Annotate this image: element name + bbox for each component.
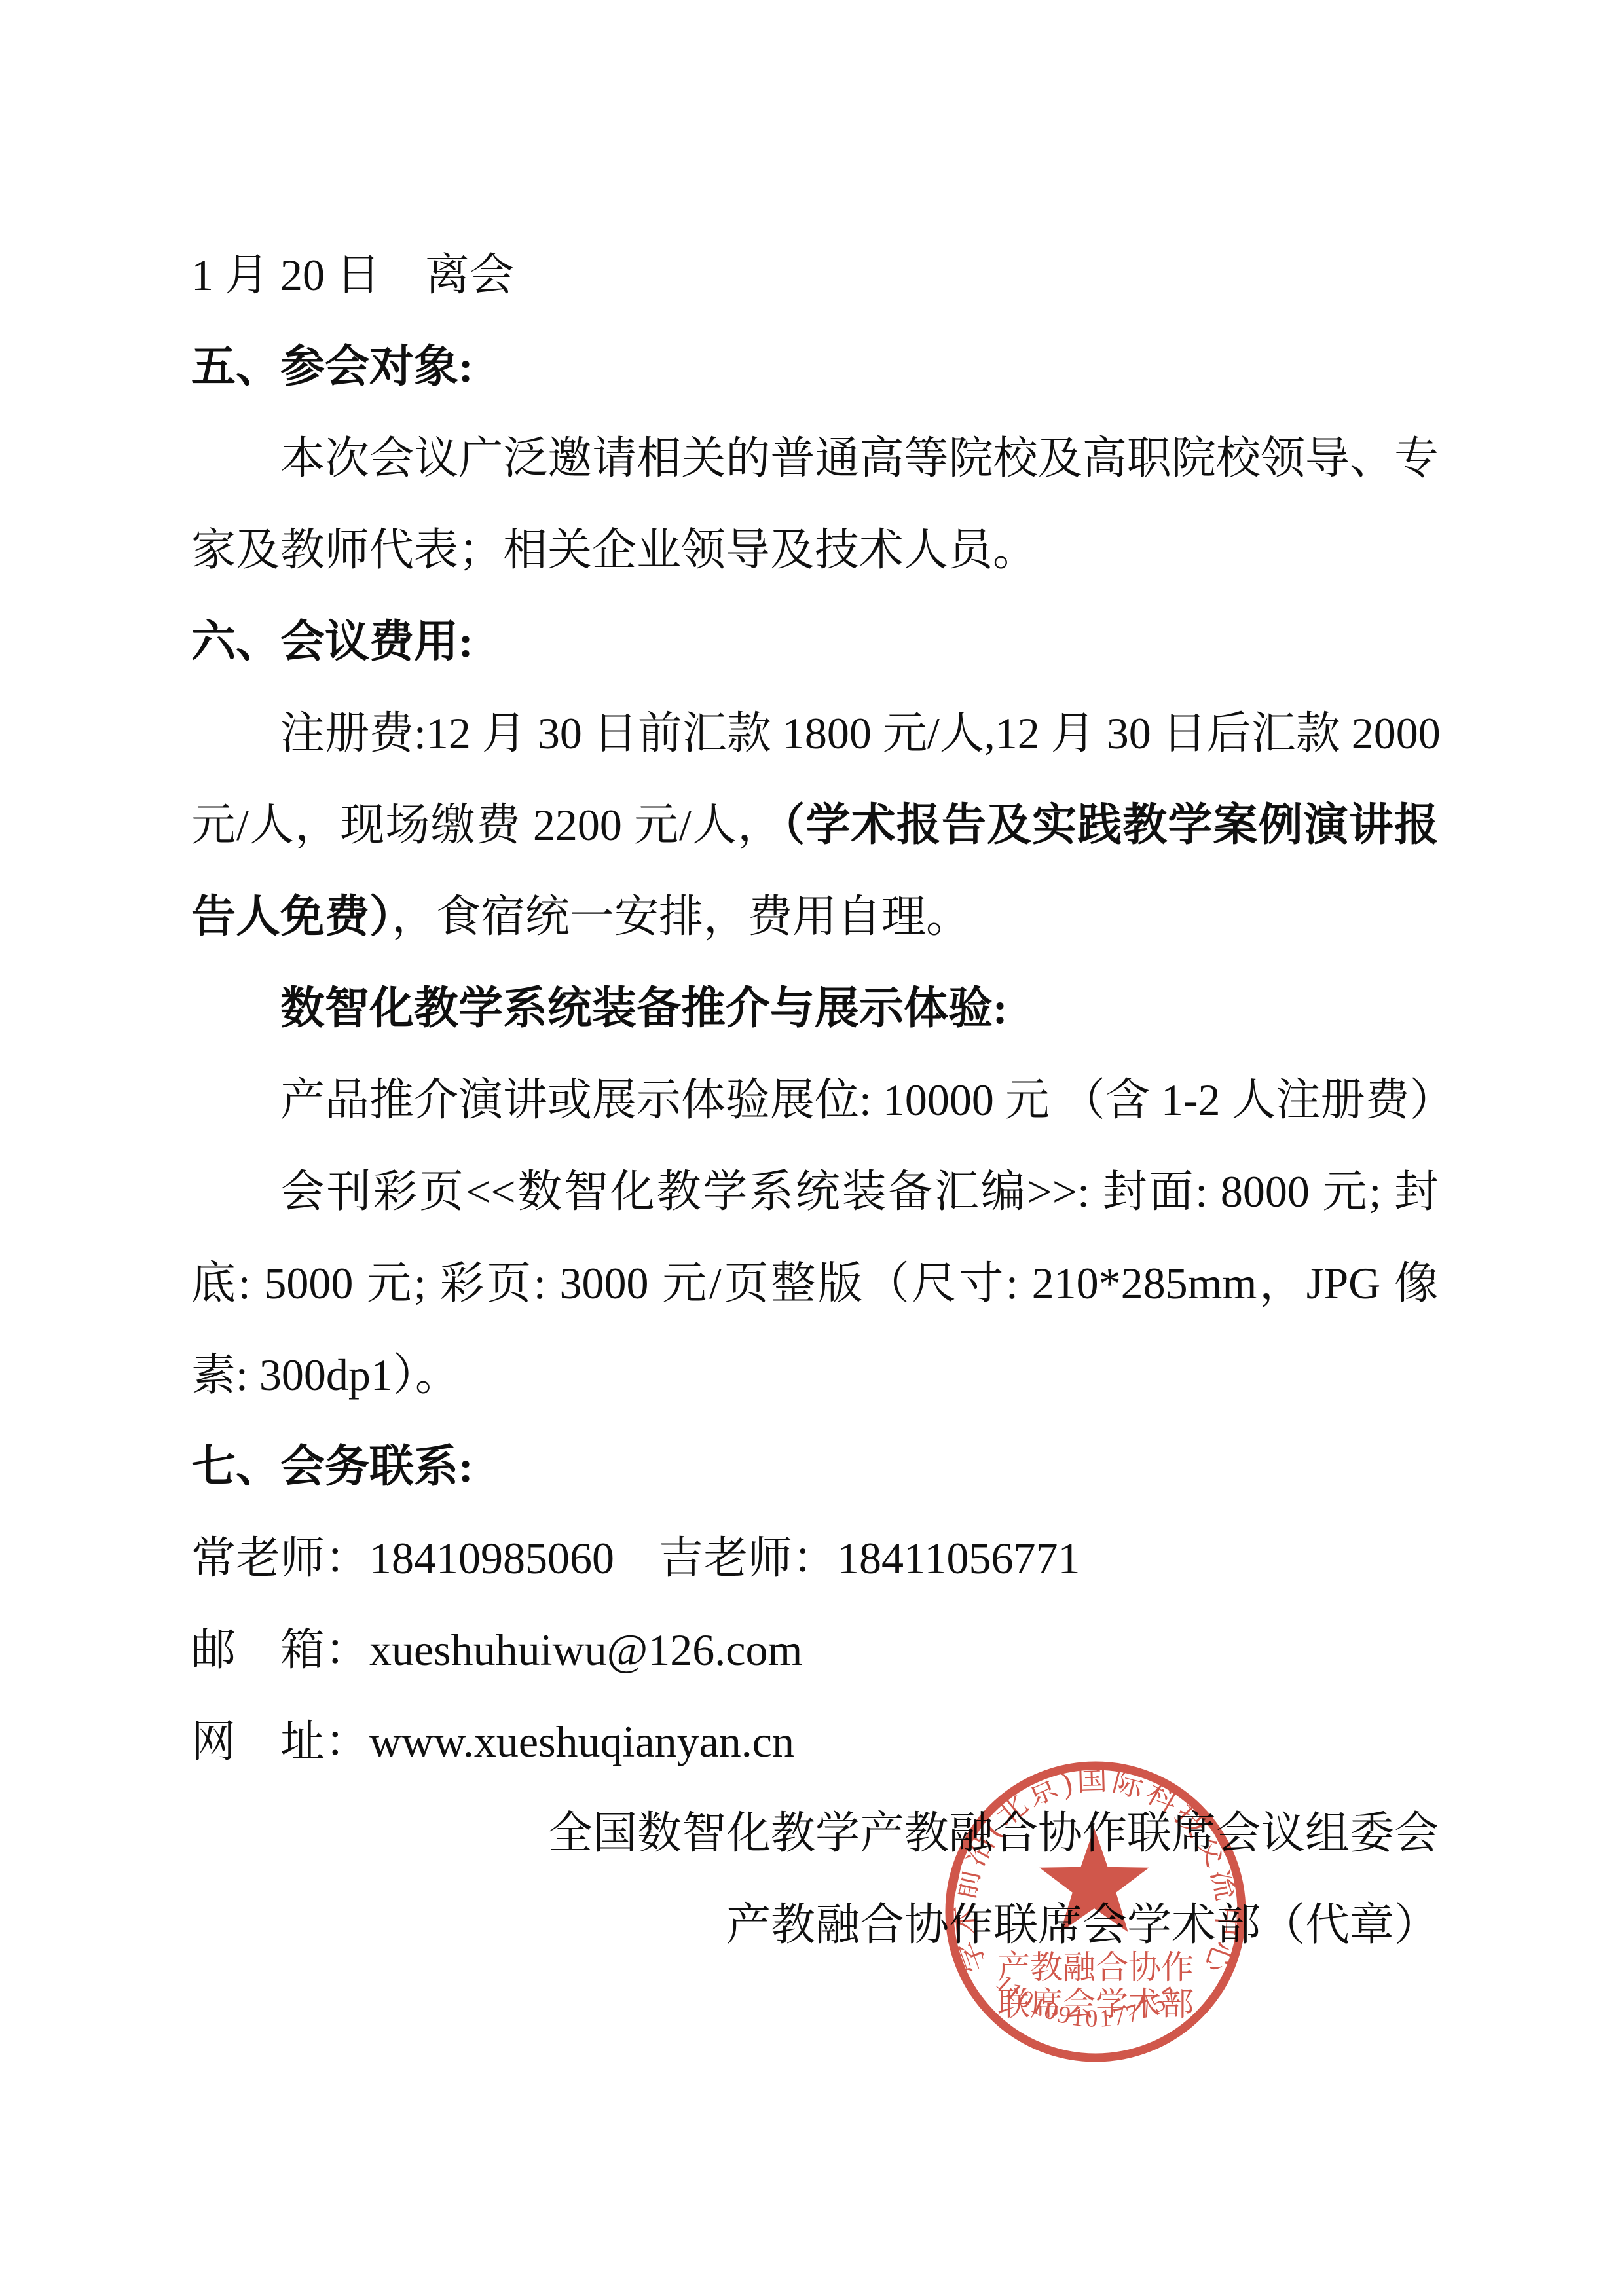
para-attendees-line-2-text-0: 家及教师代表；相关企业领导及技术人员。 [191, 525, 1037, 575]
para-fee-line-2: 元/人，现场缴费 2200 元/人，（学术报告及实践教学案例演讲报 [191, 779, 1439, 871]
para-journal-line-1: 会刊彩页<<数智化教学系统装备汇编>>: 封面: 8000 元; 封 [191, 1146, 1439, 1237]
para-journal-line-3-text-0: 素: 300dp1）。 [191, 1350, 460, 1400]
para-fee-line-3: 告人免费），食宿统一安排，费用自理。 [191, 871, 1439, 962]
para-fee-line-1: 注册费:12 月 30 日前汇款 1800 元/人,12 月 30 日后汇款 2… [191, 687, 1439, 779]
heading-section-7: 七、会务联系: [191, 1421, 1439, 1512]
contact-phones-text-0: 常老师：18410985060 吉老师：18411056771 [191, 1533, 1080, 1583]
line-depart: 1 月 20 日 离会 [191, 229, 1439, 321]
signature-committee: 全国数智化教学产教融合协作联席会议组委会 [191, 1787, 1439, 1879]
heading-section-6-text-0: 六、会议费用: [191, 617, 473, 666]
star-icon [1039, 1828, 1149, 1932]
official-stamp: 学术前沿(北京)国际科技交流中心 产教融合协作 联席会学术部 110109101… [945, 1761, 1246, 2062]
subheading-exhibit-text-0: 数智化教学系统装备推介与展示体验: [280, 983, 1008, 1033]
signature-dept: 产教融合协作联席会学术部（代章） [191, 1879, 1439, 1971]
para-fee-line-2-text-1: （学术报告及实践教学案例演讲报 [783, 800, 1439, 850]
contact-website-text-0: 网 址：www.xueshuqianyan.cn [191, 1717, 794, 1766]
line-depart-text-0: 1 月 20 日 离会 [191, 250, 514, 300]
document-body: 1 月 20 日 离会五、参会对象:本次会议广泛邀请相关的普通高等院校及高职院校… [191, 229, 1439, 1971]
para-fee-line-3-text-0: 告人免费） [191, 892, 392, 941]
stamp-center-line-1: 产教融合协作 [997, 1949, 1194, 1986]
para-journal-line-3: 素: 300dp1）。 [191, 1329, 1439, 1421]
heading-section-5-text-0: 五、参会对象: [191, 342, 473, 392]
para-journal-line-2-text-0: 底: 5000 元; 彩页: 3000 元/页整版（尺寸: 210*285mm，… [191, 1258, 1439, 1308]
document-page: 1 月 20 日 离会五、参会对象:本次会议广泛邀请相关的普通高等院校及高职院校… [0, 0, 1624, 2296]
para-attendees-line-2: 家及教师代表；相关企业领导及技术人员。 [191, 504, 1439, 596]
subheading-exhibit: 数智化教学系统装备推介与展示体验: [191, 962, 1439, 1054]
para-attendees-line-1: 本次会议广泛邀请相关的普通高等院校及高职院校领导、专 [191, 412, 1439, 504]
para-fee-line-3-text-1: ，食宿统一安排，费用自理。 [392, 892, 970, 941]
contact-phones: 常老师：18410985060 吉老师：18411056771 [191, 1512, 1439, 1604]
contact-email: 邮 箱：xueshuhuiwu@126.com [191, 1604, 1439, 1696]
para-attendees-line-1-text-0: 本次会议广泛邀请相关的普通高等院校及高职院校领导、专 [280, 433, 1439, 483]
para-fee-line-2-text-0: 元/人，现场缴费 2200 元/人， [191, 800, 783, 850]
contact-email-text-0: 邮 箱：xueshuhuiwu@126.com [191, 1625, 802, 1675]
heading-section-7-text-0: 七、会务联系: [191, 1442, 473, 1491]
para-journal-line-1-text-0: 会刊彩页<<数智化教学系统装备汇编>>: 封面: 8000 元; 封 [280, 1167, 1439, 1216]
para-journal-line-2: 底: 5000 元; 彩页: 3000 元/页整版（尺寸: 210*285mm，… [191, 1237, 1439, 1329]
para-booth: 产品推介演讲或展示体验展位: 10000 元 （含 1-2 人注册费） [191, 1054, 1439, 1146]
contact-website: 网 址：www.xueshuqianyan.cn [191, 1696, 1439, 1787]
heading-section-6: 六、会议费用: [191, 596, 1439, 687]
heading-section-5: 五、参会对象: [191, 321, 1439, 412]
para-booth-text-0: 产品推介演讲或展示体验展位: 10000 元 （含 1-2 人注册费） [280, 1075, 1454, 1125]
para-fee-line-1-text-0: 注册费:12 月 30 日前汇款 1800 元/人,12 月 30 日后汇款 2… [280, 708, 1441, 758]
